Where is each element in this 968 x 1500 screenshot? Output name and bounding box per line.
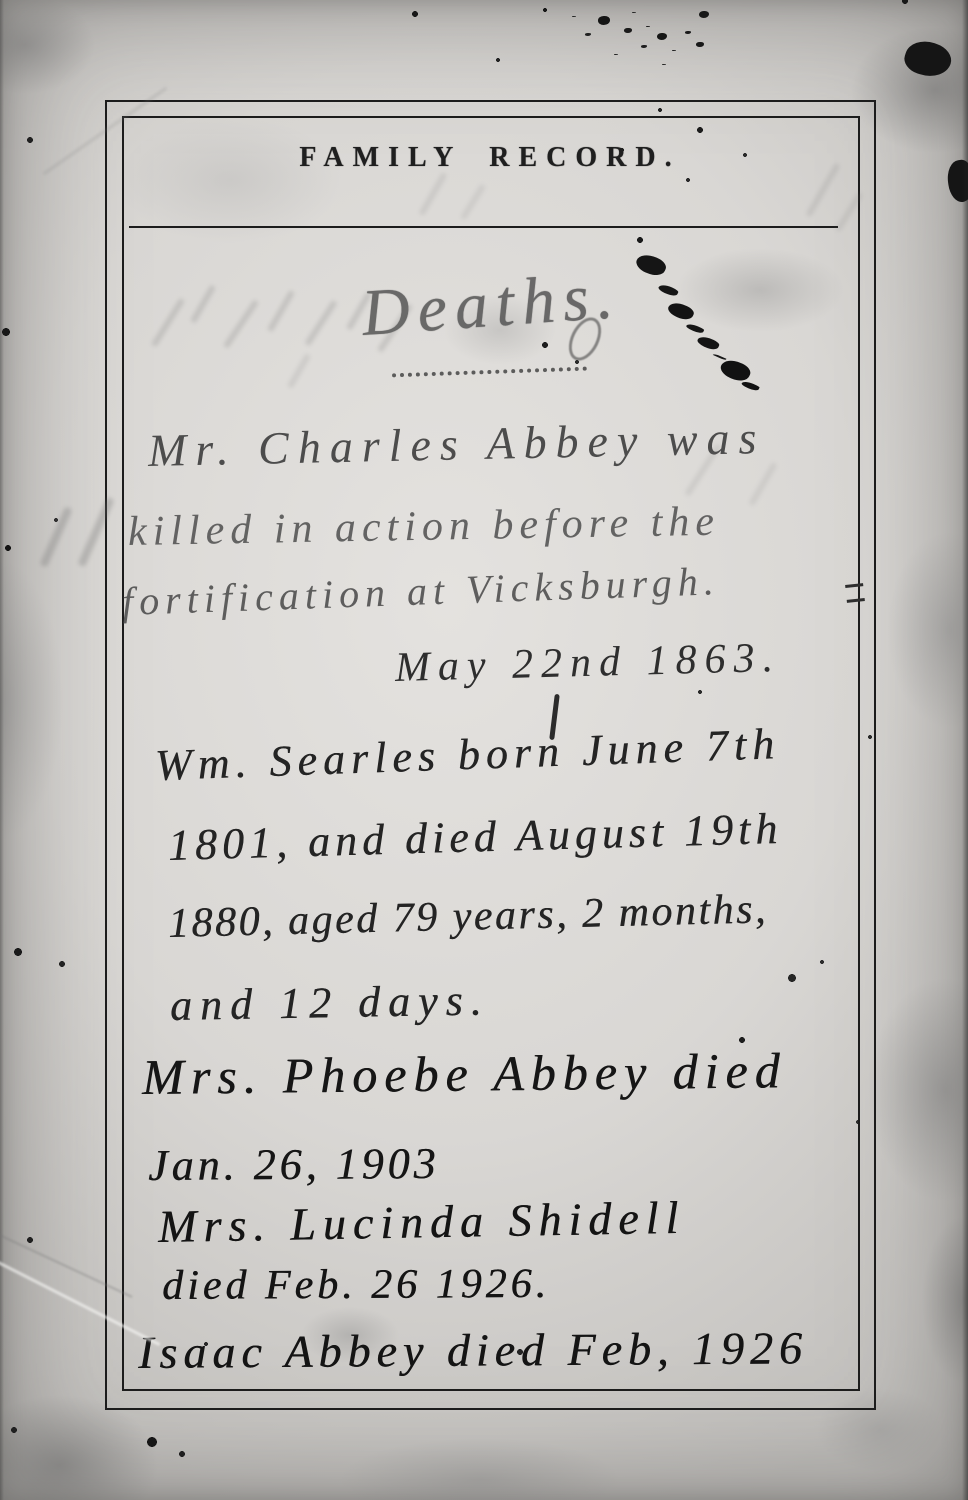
header-divider-rule [129, 226, 838, 228]
record-line: Mrs. Phoebe Abbey died [142, 1041, 787, 1106]
bleedthrough-stroke [267, 290, 295, 333]
scanned-page: FAMILY RECORD. Deaths. Mr. Charles Abbey… [0, 0, 968, 1500]
bleedthrough-stroke [223, 299, 259, 349]
record-line: Mr. Charles Abbey was [147, 411, 765, 477]
ink-blot-right-edge [945, 158, 968, 203]
bleedthrough-stroke [287, 353, 311, 389]
record-line: Isaac Abbey died Feb, 1926 [138, 1321, 808, 1379]
paper-stains [0, 0, 968, 1500]
section-title-deaths: Deaths. [359, 258, 623, 352]
record-line: May 22nd 1863. [394, 634, 781, 692]
section-title-underline [392, 367, 587, 378]
record-line: Jan. 26, 1903 [148, 1138, 440, 1191]
pen-flourish-loop [562, 312, 607, 366]
bleedthrough-stroke [151, 298, 185, 348]
ink-splatter-center [634, 251, 669, 280]
record-line: died Feb. 26 1926. [162, 1260, 550, 1310]
paper-crease [0, 1224, 132, 1298]
bleedthrough-stroke [460, 183, 486, 220]
bleedthrough-stroke [684, 443, 722, 497]
double-dash-mark [845, 583, 865, 603]
record-line: killed in action before the [128, 498, 721, 556]
record-line: Mrs. Lucinda Shidell [158, 1191, 686, 1253]
margin-pencil-mark [39, 506, 72, 568]
record-line: Wm. Searles born June 7th [154, 718, 781, 791]
scan-edge-right [962, 0, 968, 1500]
ink-splatter-top [598, 16, 610, 25]
bleedthrough-stroke [748, 462, 777, 507]
margin-pencil-mark [77, 497, 114, 568]
record-line: fortification at Vicksburgh. [121, 557, 720, 625]
bleedthrough-stroke [835, 192, 863, 232]
inner-border [122, 116, 860, 1391]
bleedthrough-stroke [346, 291, 372, 330]
ink-speckles [0, 0, 968, 1500]
bleedthrough-stroke [377, 303, 413, 353]
record-line: 1801, and died August 19th [167, 803, 783, 871]
outer-border [105, 100, 876, 1410]
scan-edge-left [0, 0, 4, 1500]
ink-blot-top-right [901, 36, 955, 83]
paper-crease [0, 1257, 160, 1346]
page-title: FAMILY RECORD. [122, 142, 858, 174]
stray-pen-stroke [549, 694, 560, 740]
record-line: and 12 days. [170, 974, 490, 1031]
bleedthrough-stroke [418, 172, 447, 217]
bleedthrough-stroke [190, 284, 216, 323]
bleedthrough-stroke [304, 300, 337, 347]
record-line: 1880, aged 79 years, 2 months, [167, 885, 768, 948]
